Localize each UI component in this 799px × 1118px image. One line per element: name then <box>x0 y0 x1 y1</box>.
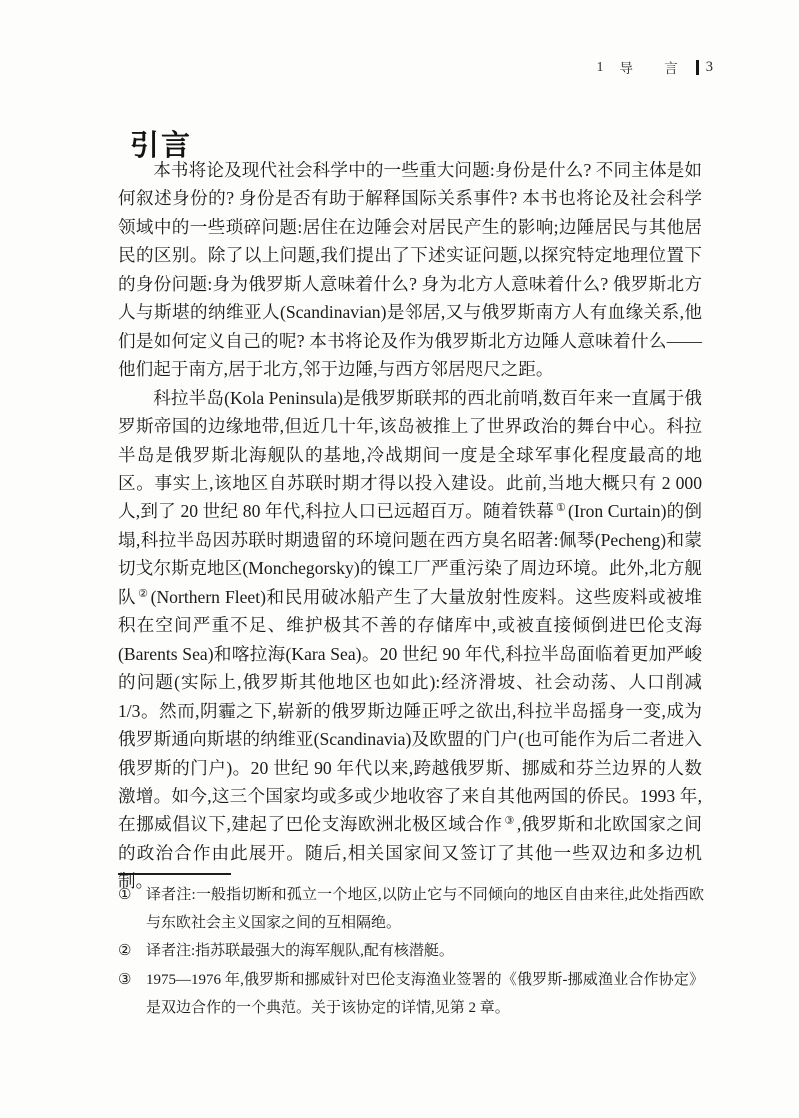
footnote-marker: ① <box>118 881 146 937</box>
footnote-marker: ③ <box>118 966 146 1022</box>
footnote-item: ②译者注:指苏联最强大的海军舰队,配有核潜艇。 <box>118 937 704 965</box>
header-page-number: 3 <box>706 59 713 76</box>
header-chapter-number: 1 <box>597 59 604 75</box>
footnote-separator-rule <box>118 873 231 875</box>
footnote-ref-marker: ② <box>138 588 148 600</box>
header-divider-bar <box>696 60 699 75</box>
footnotes: ①译者注:一般指切断和孤立一个地区,以防止它与不同倾向的地区自由来往,此处指西欧… <box>118 881 704 1022</box>
body-text: 本书将论及现代社会科学中的一些重大问题:身份是什么? 不同主体是如何叙述身份的?… <box>118 156 702 896</box>
footnote-item: ①译者注:一般指切断和孤立一个地区,以防止它与不同倾向的地区自由来往,此处指西欧… <box>118 881 704 937</box>
footnote-text: 译者注:指苏联最强大的海军舰队,配有核潜艇。 <box>146 937 704 965</box>
footnote-ref-marker: ③ <box>504 815 514 827</box>
footnote-marker: ② <box>118 937 146 965</box>
paragraph: 本书将论及现代社会科学中的一些重大问题:身份是什么? 不同主体是如何叙述身份的?… <box>118 156 702 384</box>
book-page: 1 导 言 3 引言 本书将论及现代社会科学中的一些重大问题:身份是什么? 不同… <box>0 0 799 1118</box>
footnote-ref-marker: ① <box>556 502 566 514</box>
footnote-item: ③1975—1976 年,俄罗斯和挪威针对巴伦支海渔业签署的《俄罗斯-挪威渔业合… <box>118 966 704 1022</box>
running-header: 1 导 言 3 <box>597 57 713 77</box>
footnote-text: 1975—1976 年,俄罗斯和挪威针对巴伦支海渔业签署的《俄罗斯-挪威渔业合作… <box>146 966 704 1022</box>
footnote-text: 译者注:一般指切断和孤立一个地区,以防止它与不同倾向的地区自由来往,此处指西欧与… <box>146 881 704 937</box>
header-chapter-title: 导 言 <box>619 57 691 77</box>
paragraph: 科拉半岛(Kola Peninsula)是俄罗斯联邦的西北前哨,数百年来一直属于… <box>118 384 702 896</box>
